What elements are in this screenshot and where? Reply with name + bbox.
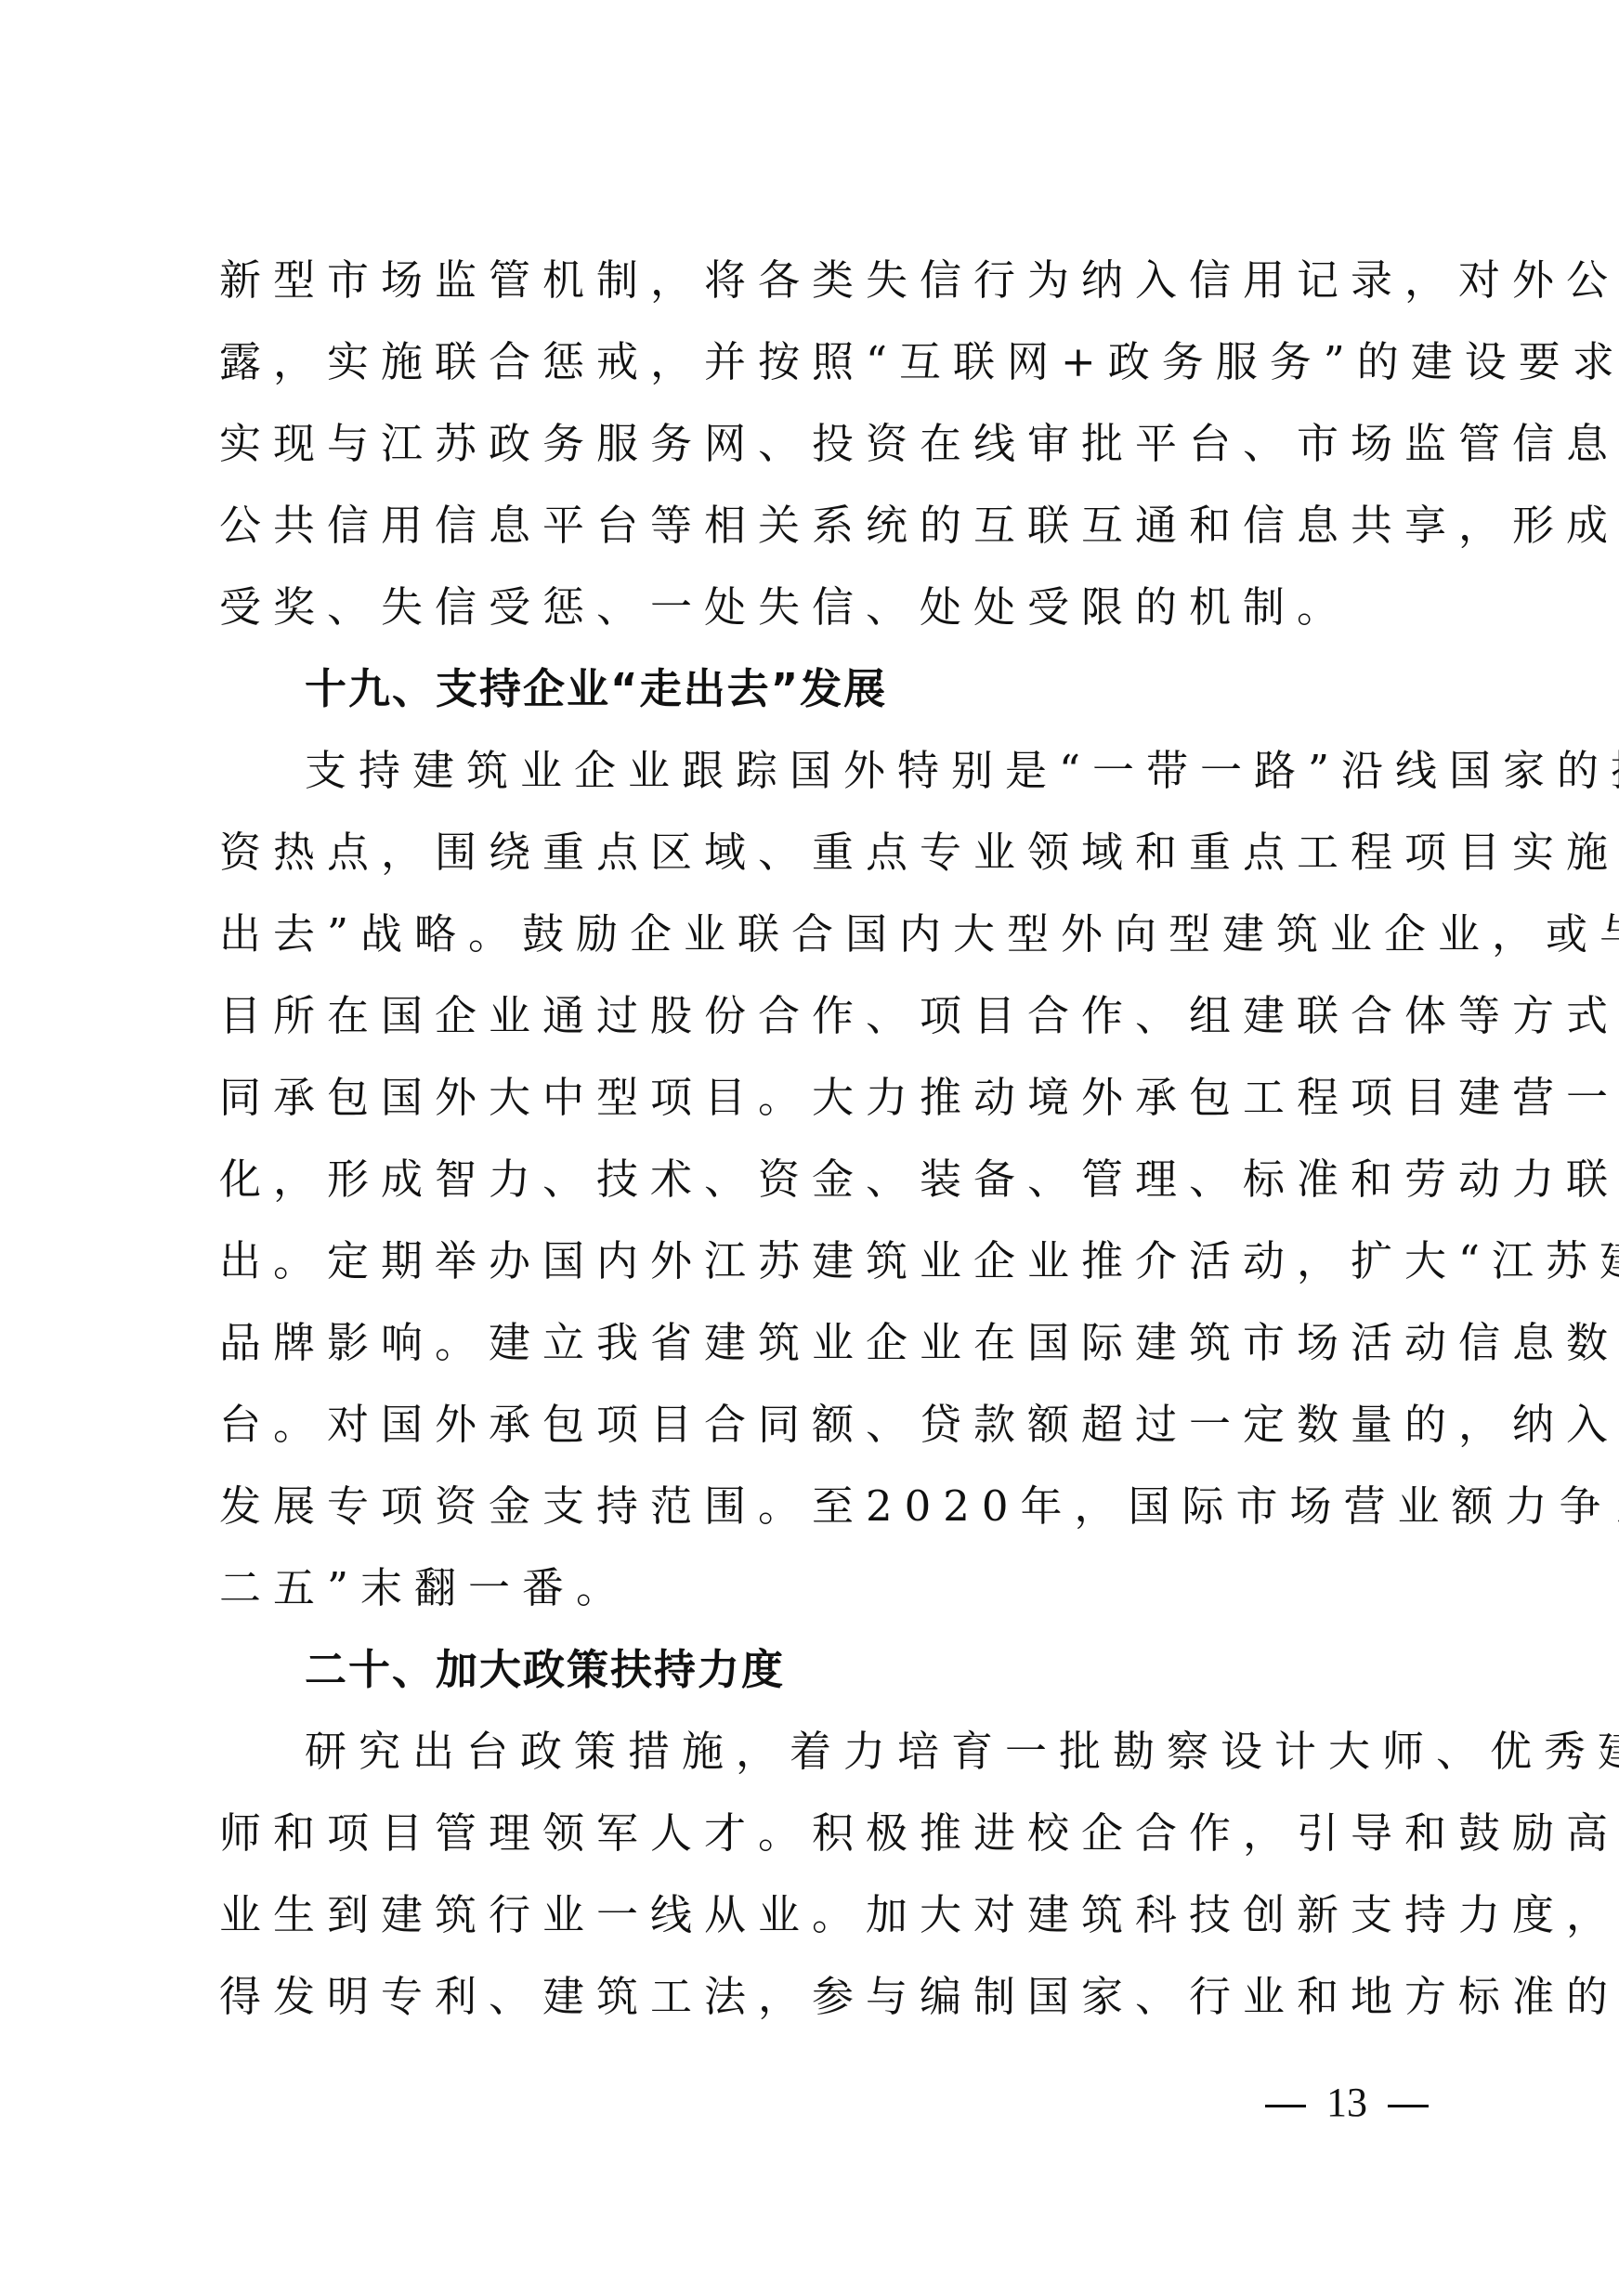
section-heading-19: 十九、支持企业“走出去”发展 (219, 648, 1436, 730)
text-line: 实现与江苏政务服务网、投资在线审批平台、市场监管信息平台、 (219, 403, 1436, 485)
text-line: 师和项目管理领军人才。积极推进校企合作，引导和鼓励高校毕 (219, 1793, 1436, 1874)
text-line: 研究出台政策措施，着力培育一批勘察设计大师、优秀建造 (219, 1711, 1436, 1793)
text-line: 支持建筑业企业跟踪国外特别是“一带一路”沿线国家的投 (219, 730, 1436, 812)
text-line: 公共信用信息平台等相关系统的互联互通和信息共享，形成守信 (219, 485, 1436, 567)
text-line: 露，实施联合惩戒，并按照“互联网+政务服务”的建设要求， (219, 321, 1436, 403)
text-line: 资热点，围绕重点区域、重点专业领域和重点工程项目实施“走 (219, 812, 1436, 894)
paragraph-continuation: 新型市场监管机制，将各类失信行为纳入信用记录，对外公开披 露，实施联合惩戒，并按… (219, 240, 1436, 648)
text-line: 出去”战略。鼓励企业联合国内大型外向型建筑业企业，或与项 (219, 894, 1436, 975)
text-line: 二五”末翻一番。 (219, 1547, 1436, 1629)
text-line: 品牌影响。建立我省建筑业企业在国际建筑市场活动信息数据平 (219, 1302, 1436, 1384)
text-line: 台。对国外承包项目合同额、贷款额超过一定数量的，纳入商务 (219, 1384, 1436, 1466)
paragraph-section-19: 支持建筑业企业跟踪国外特别是“一带一路”沿线国家的投 资热点，围绕重点区域、重点… (219, 730, 1436, 1629)
text-line: 同承包国外大中型项目。大力推动境外承包工程项目建营一体 (219, 1057, 1436, 1139)
dash-left (1265, 2105, 1306, 2107)
section-heading-20: 二十、加大政策扶持力度 (219, 1629, 1436, 1711)
text-line: 发展专项资金支持范围。至2020年，国际市场营业额力争比“十 (219, 1466, 1436, 1547)
page-number: 13 (1245, 2079, 1449, 2126)
text-line: 受奖、失信受惩、一处失信、处处受限的机制。 (219, 567, 1436, 648)
text-line: 出。定期举办国内外江苏建筑业企业推介活动，扩大“江苏建造” (219, 1220, 1436, 1302)
paragraph-section-20: 研究出台政策措施，着力培育一批勘察设计大师、优秀建造 师和项目管理领军人才。积极… (219, 1711, 1436, 2038)
text-line: 新型市场监管机制，将各类失信行为纳入信用记录，对外公开披 (219, 240, 1436, 321)
dash-right (1388, 2105, 1429, 2107)
page-number-value: 13 (1326, 2080, 1367, 2125)
text-line: 化，形成智力、技术、资金、装备、管理、标准和劳动力联动输 (219, 1139, 1436, 1220)
text-line: 目所在国企业通过股份合作、项目合作、组建联合体等方式，共 (219, 975, 1436, 1057)
text-line: 得发明专利、建筑工法，参与编制国家、行业和地方标准的企业， (219, 1956, 1436, 2038)
text-line: 业生到建筑行业一线从业。加大对建筑科技创新支持力度，对取 (219, 1874, 1436, 1956)
document-page: 新型市场监管机制，将各类失信行为纳入信用记录，对外公开披 露，实施联合惩戒，并按… (219, 240, 1436, 2038)
